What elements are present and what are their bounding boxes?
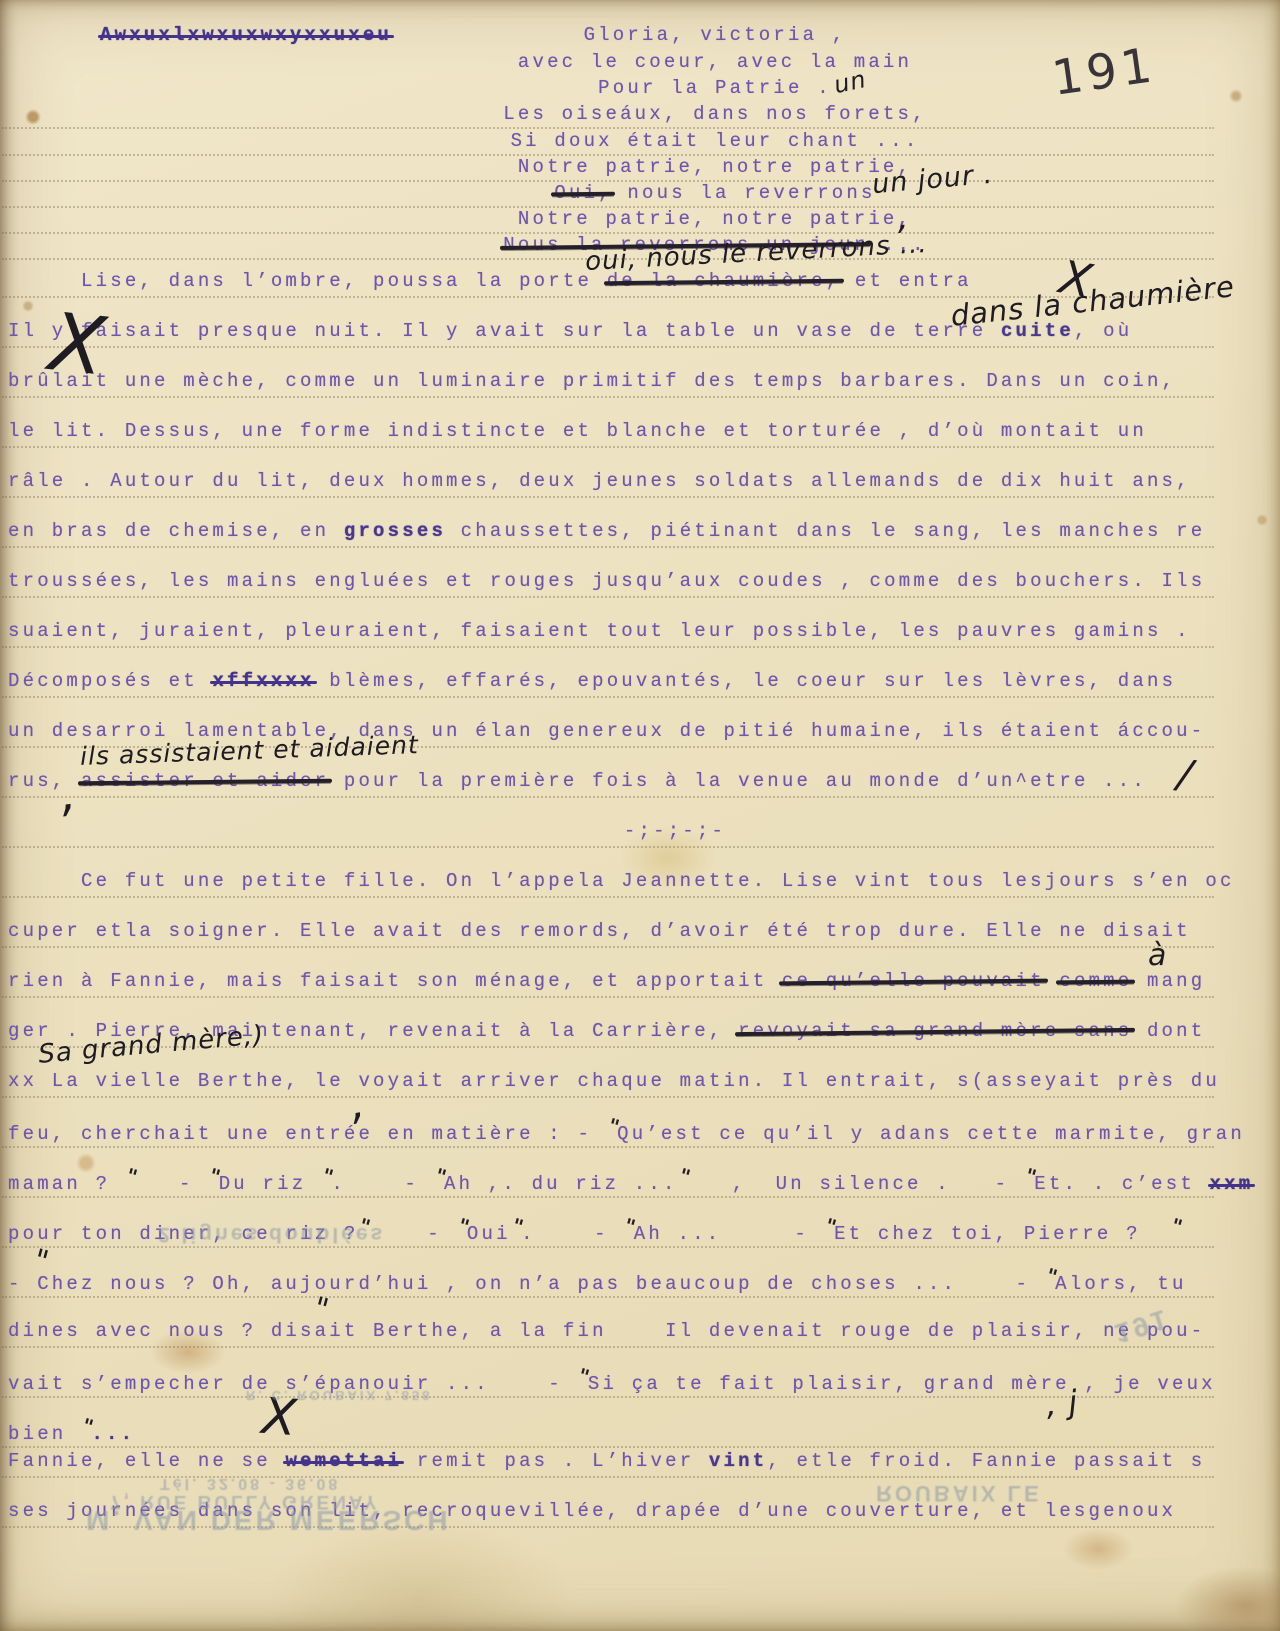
typed-line: suaient, juraient, pleuraient, faisaient…: [8, 620, 1272, 642]
typed-text: râle . Autour du lit, deux hommes, deux …: [8, 470, 1191, 492]
typed-text: chaussettes, piétinant dans le sang, les…: [446, 520, 1205, 542]
typed-text: Oui: [467, 1223, 511, 1245]
typed-text: , etle froid. Fannie passait s: [767, 1450, 1205, 1472]
ruled-line: [2, 846, 1214, 848]
typed-text: , où: [1074, 320, 1132, 342]
ruled-line: [2, 696, 1214, 698]
typed-line: troussées, les mains engluées et rouges …: [8, 570, 1272, 592]
typed-text: -: [135, 1173, 208, 1195]
typed-text: -: [957, 1273, 1045, 1295]
typed-line: Notre patrie, notre patrie,: [150, 208, 1280, 230]
ruled-line: [2, 396, 1214, 398]
typed-line: cuper etla soigner. Elle avait des remor…: [8, 920, 1272, 942]
section-separator: -;-;-;-: [70, 820, 1280, 842]
typed-text: Si doux était leur chant ...: [511, 130, 920, 152]
ruled-line: [2, 1246, 1214, 1248]
typed-text: Les oiseáux, dans nos forets,: [503, 103, 926, 125]
ruled-line: [2, 1396, 1214, 1398]
typed-text: Ah ...: [634, 1223, 722, 1245]
ruled-line: [2, 596, 1214, 598]
typed-text: blèmes, effarés, epouvantés, le coeur su…: [315, 670, 1177, 692]
typed-text: Fannie, elle ne se: [8, 1450, 285, 1472]
typed-line: feu, cherchait une entrée en matière : -…: [8, 1120, 1272, 1145]
typed-line: rien à Fannie, mais faisait son ménage, …: [8, 970, 1272, 992]
typed-line: maman ? " - "Du riz ". - "Ah ,. du riz .…: [8, 1170, 1272, 1195]
typed-text: mang: [1132, 970, 1205, 992]
ink-struck-text: ce qu’elle pouvait: [782, 970, 1045, 992]
bleedthrough-text: ROUBAIX LE: [876, 1480, 1042, 1506]
typed-text: feu, cherchait une entrée en matière : -: [8, 1123, 607, 1145]
ruled-line: [2, 1096, 1214, 1098]
overtyped-text: vint: [709, 1450, 767, 1472]
typed-text: Pour la Patrie .: [598, 77, 832, 99]
typed-text: troussées, les mains engluées et rouges …: [8, 570, 1205, 592]
ruled-line: [2, 1446, 1214, 1448]
typed-text: . -: [521, 1223, 623, 1245]
bleedthrough-text: 2 lignes doublées: [158, 1222, 385, 1246]
ruled-line: [2, 946, 1214, 948]
ruled-line: [2, 896, 1214, 898]
typed-line: rus, assister et aider pour la première …: [8, 770, 1272, 792]
typed-line: dines avec nous ? disait Berthe, a la fi…: [8, 1320, 1272, 1342]
typed-text: cuper etla soigner. Elle avait des remor…: [8, 920, 1191, 942]
typed-line: brûlait une mèche, comme un luminaire pr…: [8, 370, 1272, 392]
typed-text: Lise, dans l’ombre, poussa la porte: [8, 270, 607, 292]
typed-text: Si ça te fait plaisir, grand mère , je v…: [588, 1373, 1216, 1395]
overtyped-text: grosses: [344, 520, 446, 542]
typed-line: xx La vielle Berthe, le voyait arriver c…: [8, 1070, 1272, 1092]
typed-text: Du riz: [219, 1173, 321, 1195]
ruled-line: [2, 127, 1214, 129]
typed-text: nous la reverrons: [613, 182, 876, 204]
overtyped-struck-text: xffxxxx: [212, 670, 314, 692]
ruled-line: [2, 1346, 1214, 1348]
typed-line: Fannie, elle ne se wemettai remit pas . …: [8, 1450, 1272, 1472]
ink-struck-text: comme: [1059, 970, 1132, 992]
typed-text: Ah ,. du riz ...: [444, 1173, 678, 1195]
bleedthrough-text: M. VAN DER MEERSCH: [86, 1504, 451, 1536]
bleedthrough-text: 191: [1110, 1302, 1173, 1350]
handwritten-quote-mark: ": [1168, 1213, 1185, 1239]
typed-line: Il y faisait presque nuit. Il y avait su…: [8, 320, 1272, 342]
overtyped-text: ...: [91, 1423, 135, 1445]
typed-text: rien à Fannie, mais faisait son ménage, …: [8, 970, 782, 992]
typed-line: râle . Autour du lit, deux hommes, deux …: [8, 470, 1272, 492]
typed-text: xx La vielle Berthe, le voyait arriver c…: [8, 1070, 1220, 1092]
typed-line: Décomposés et xffxxxx blèmes, effarés, e…: [8, 670, 1272, 692]
manuscript-page: 191 AwxuxlxwxuxwxyxxuxeuGloria, victoria…: [0, 0, 1280, 1631]
typed-line: le lit. Dessus, une forme indistincte et…: [8, 420, 1272, 442]
typed-text: le lit. Dessus, une forme indistincte et…: [8, 420, 1147, 442]
typed-text: . -: [331, 1173, 433, 1195]
overtyped-struck-text: wemettai: [285, 1450, 402, 1472]
typed-text: suaient, juraient, pleuraient, faisaient…: [8, 620, 1191, 642]
typed-line: Oui, nous la reverrons: [150, 182, 1280, 204]
ruled-line: [2, 1296, 1214, 1298]
bleedthrough-text: R. C. ROUBAIX 7.858: [246, 1388, 432, 1403]
overtyped-struck-text: xxm: [1210, 1173, 1254, 1195]
typed-line: - Chez nous ? Oh, aujourd’hui , on n’a p…: [8, 1270, 1272, 1295]
typed-line: Pour la Patrie .: [150, 77, 1280, 99]
typed-line: Les oiseáux, dans nos forets,: [150, 103, 1280, 125]
ruled-line: [2, 1196, 1214, 1198]
typed-text: -: [721, 1223, 823, 1245]
typed-text: Qu’est ce qu’il y adans cette marmite, g…: [617, 1123, 1245, 1145]
typed-line: Notre patrie, notre patrie,: [150, 156, 1280, 178]
typed-text: Il y faisait presque nuit. Il y avait su…: [8, 320, 1001, 342]
typed-text: Et. . c’est: [1034, 1173, 1209, 1195]
typed-line: bien "...: [8, 1420, 1272, 1445]
typed-line: vait s’empecher de s’épanouir ... - "Si …: [8, 1370, 1272, 1395]
typed-text: pour la première fois à la venue au mond…: [329, 770, 1147, 792]
ink-struck-text: revoyait sa grand mère sans: [738, 1020, 1132, 1042]
typed-line: avec le coeur, avec la main: [150, 51, 1280, 73]
typed-text: Décomposés et: [8, 670, 212, 692]
ink-struck-text: Oui,: [554, 182, 612, 204]
handwritten-annotation: à: [1148, 938, 1167, 973]
typed-text: brûlait une mèche, comme un luminaire pr…: [8, 370, 1176, 392]
ruled-line: [2, 996, 1214, 998]
typed-line: Gloria, victoria ,: [150, 24, 1280, 46]
typed-text: en bras de chemise, en: [8, 520, 344, 542]
ruled-line: [2, 646, 1214, 648]
typed-text: et entra: [840, 270, 971, 292]
typed-line: en bras de chemise, en grosses chaussett…: [8, 520, 1272, 542]
typed-line: Si doux était leur chant ...: [150, 130, 1280, 152]
typed-text: , Un silence . -: [688, 1173, 1024, 1195]
typed-text: maman ?: [8, 1173, 125, 1195]
typed-line: Ce fut une petite fille. On l’appela Jea…: [8, 870, 1272, 892]
ruled-line: [2, 496, 1214, 498]
typed-text: - Chez nous ? Oh, aujourd’hui , on n’a p…: [8, 1273, 957, 1295]
ruled-line: [2, 446, 1214, 448]
ink-struck-text: assister et aider: [81, 770, 329, 792]
ruled-line: [2, 796, 1214, 798]
typed-text: Notre patrie, notre patrie,: [518, 208, 912, 230]
ruled-line: [2, 346, 1214, 348]
typed-text: bien: [8, 1423, 81, 1445]
ruled-line: [2, 546, 1214, 548]
handwritten-annotation: X: [45, 295, 110, 393]
handwritten-annotation: , j: [1044, 1383, 1079, 1424]
typed-text: Ce fut une petite fille. On l’appela Jea…: [8, 870, 1235, 892]
ruled-line: [2, 1146, 1214, 1148]
typed-text: -;-;-;-: [624, 820, 726, 842]
typed-text: dont: [1132, 1020, 1205, 1042]
typed-text: Alors, tu: [1055, 1273, 1186, 1295]
typed-text: Gloria, victoria ,: [584, 24, 847, 46]
typed-text: remit pas . L’hiver: [402, 1450, 709, 1472]
typed-text: Notre patrie, notre patrie,: [518, 156, 912, 178]
typed-text: Et chez toi, Pierre ?: [834, 1223, 1170, 1245]
typed-text: dines avec nous ? disait Berthe, a la fi…: [8, 1320, 1205, 1342]
